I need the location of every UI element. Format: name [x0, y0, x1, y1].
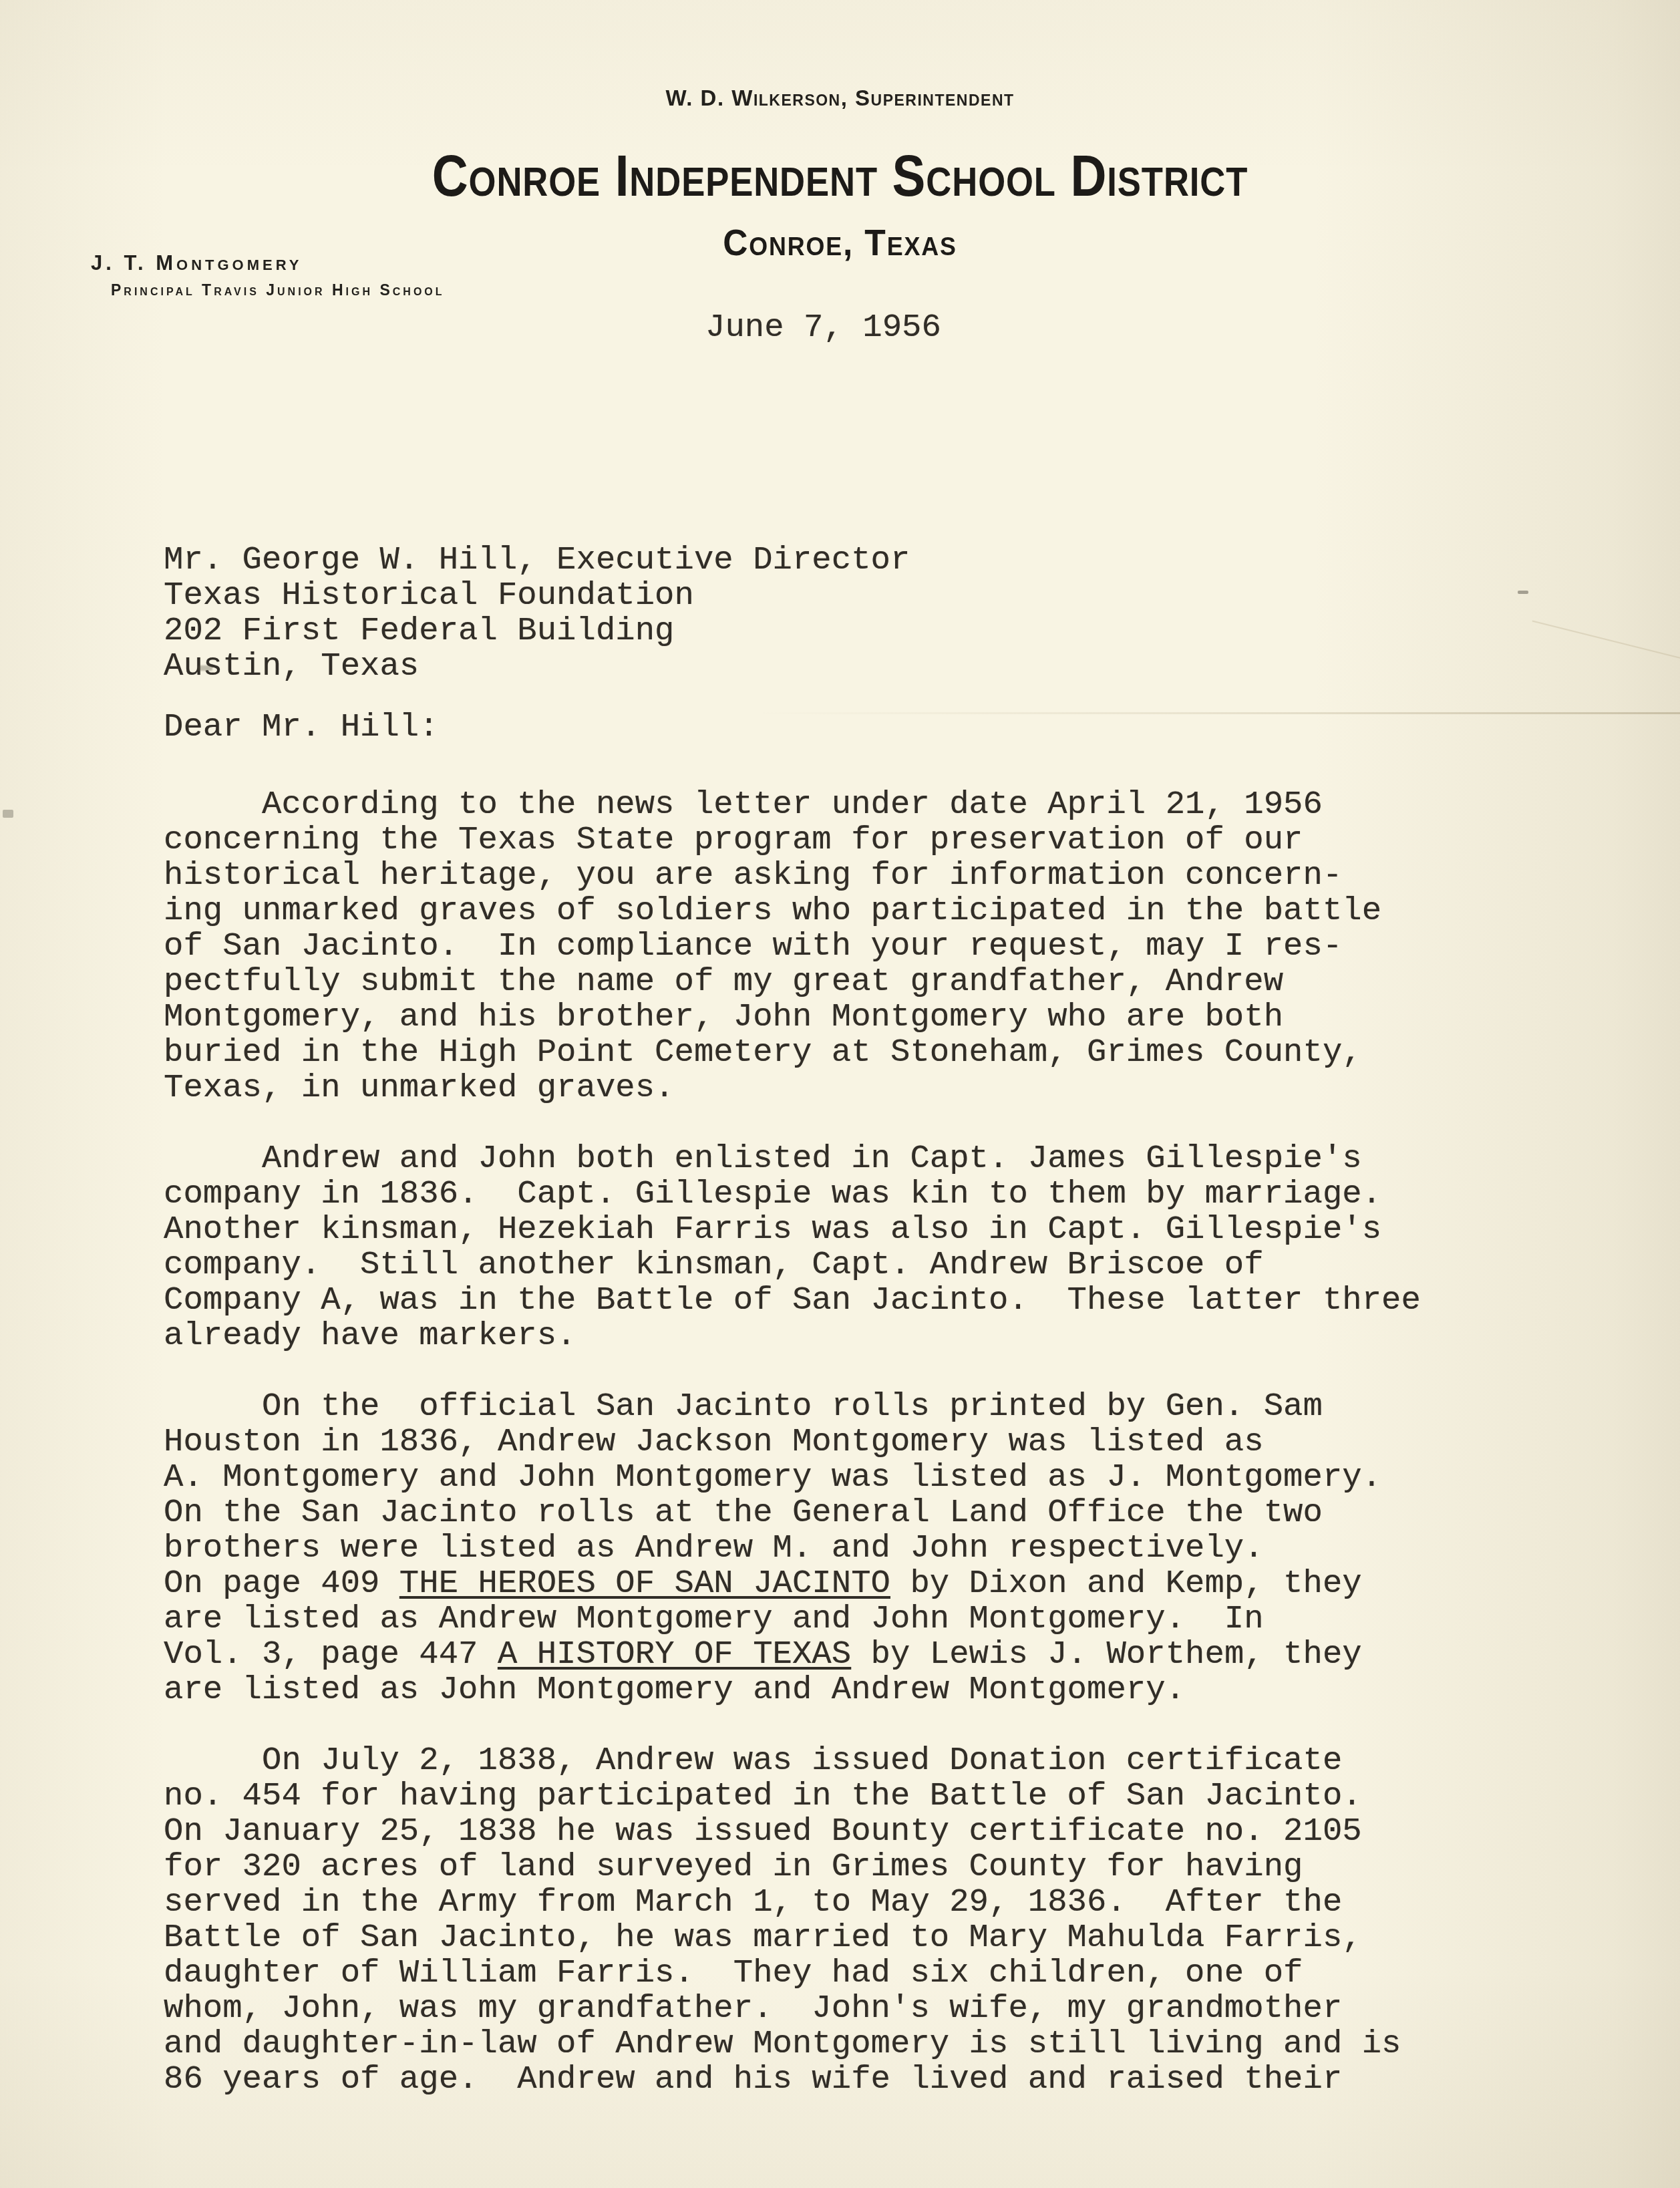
paragraph-4: On July 2, 1838, Andrew was issued Donat… — [164, 1743, 1421, 2097]
principal-name: J. T. Montgomery — [91, 251, 445, 275]
scan-speck — [3, 810, 13, 818]
paragraph-1: According to the news letter under date … — [164, 787, 1421, 1106]
scan-speck — [198, 665, 212, 671]
paragraph-3: On the official San Jacinto rolls printe… — [164, 1389, 1421, 1708]
letter-page: W. D. Wilkerson, Superintendent Conroe I… — [0, 0, 1680, 2188]
fold-crease — [0, 712, 1680, 714]
letter-body: According to the news letter under date … — [164, 787, 1421, 2133]
principal-block: J. T. Montgomery Principal Travis Junior… — [91, 251, 445, 299]
scan-speck — [1518, 591, 1528, 594]
salutation: Dear Mr. Hill: — [164, 710, 439, 745]
district-name: Conroe Independent School District — [126, 142, 1554, 210]
paragraph-2: Andrew and John both enlisted in Capt. J… — [164, 1141, 1421, 1354]
date-line: June 7, 1956 — [705, 310, 941, 345]
recipient-address: Mr. George W. Hill, Executive Director T… — [164, 542, 910, 684]
principal-title: Principal Travis Junior High School — [111, 281, 445, 299]
fold-crease-diagonal — [1532, 621, 1680, 664]
superintendent-line: W. D. Wilkerson, Superintendent — [0, 86, 1680, 111]
